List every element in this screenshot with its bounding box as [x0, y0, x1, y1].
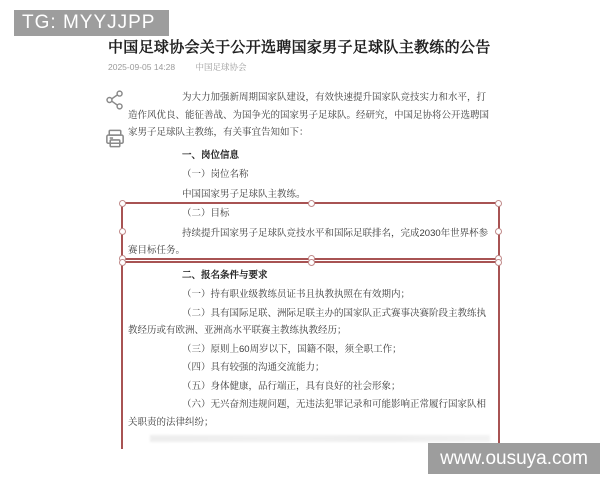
selection-handle	[119, 255, 126, 262]
publish-source: 中国足球协会	[196, 62, 247, 72]
article-actions	[102, 87, 128, 163]
share-button[interactable]	[102, 87, 128, 113]
section2-heading: 二、报名条件与要求	[128, 267, 492, 285]
requirement-item: （二）具有国际足联、洲际足联主办的国家队正式赛事决赛阶段主教练执教经历或有欧洲、…	[128, 305, 492, 340]
page: TG: MYYJJPP 中国足球协会关于公开选聘国家男子足球队主教练的公告 20…	[0, 0, 600, 480]
section1-item2-label: （二）目标	[128, 205, 492, 223]
publish-date: 2025-09-05 14:28	[108, 62, 175, 72]
faded-cutoff-line	[150, 435, 490, 442]
tg-watermark: TG: MYYJJPP	[14, 10, 169, 36]
section1-item1-label: （一）岗位名称	[128, 166, 492, 184]
selection-handle	[495, 255, 502, 262]
share-icon	[104, 89, 126, 111]
selection-handle	[119, 228, 126, 235]
section1-heading: 一、岗位信息	[128, 147, 492, 165]
requirement-item: （五）身体健康，品行端正，具有良好的社会形象；	[128, 378, 492, 396]
article-title: 中国足球协会关于公开选聘国家男子足球队主教练的公告	[108, 36, 491, 57]
requirement-item: （一）持有职业级教练员证书且执教执照在有效期内；	[128, 286, 492, 304]
selection-handle	[495, 228, 502, 235]
intro-paragraph: 为大力加强新周期国家队建设，有效快速提升国家队竞技实力和水平，打造作风优良、能征…	[128, 89, 492, 142]
print-button[interactable]	[102, 125, 128, 151]
article-body: 为大力加强新周期国家队建设，有效快速提升国家队竞技实力和水平，打造作风优良、能征…	[128, 89, 492, 432]
section1-item2-value: 持续提升国家男子足球队竞技水平和国际足联排名，完成2030年世界杯参赛目标任务。	[128, 225, 492, 260]
selection-handle	[495, 259, 502, 266]
selection-handle	[119, 200, 126, 207]
requirement-item: （三）原则上60周岁以下，国籍不限，须全职工作；	[128, 341, 492, 359]
requirement-item: （六）无兴奋剂违规问题，无违法犯罪记录和可能影响正常履行国家队相关职责的法律纠纷…	[128, 396, 492, 431]
selection-handle	[495, 200, 502, 207]
site-watermark: www.ousuya.com	[428, 443, 600, 474]
requirement-item: （四）具有较强的沟通交流能力；	[128, 359, 492, 377]
section1-item1-value: 中国国家男子足球队主教练。	[128, 186, 492, 204]
article-meta: 2025-09-05 14:28 中国足球协会	[108, 61, 247, 73]
printer-icon	[103, 127, 127, 150]
selection-handle	[119, 259, 126, 266]
